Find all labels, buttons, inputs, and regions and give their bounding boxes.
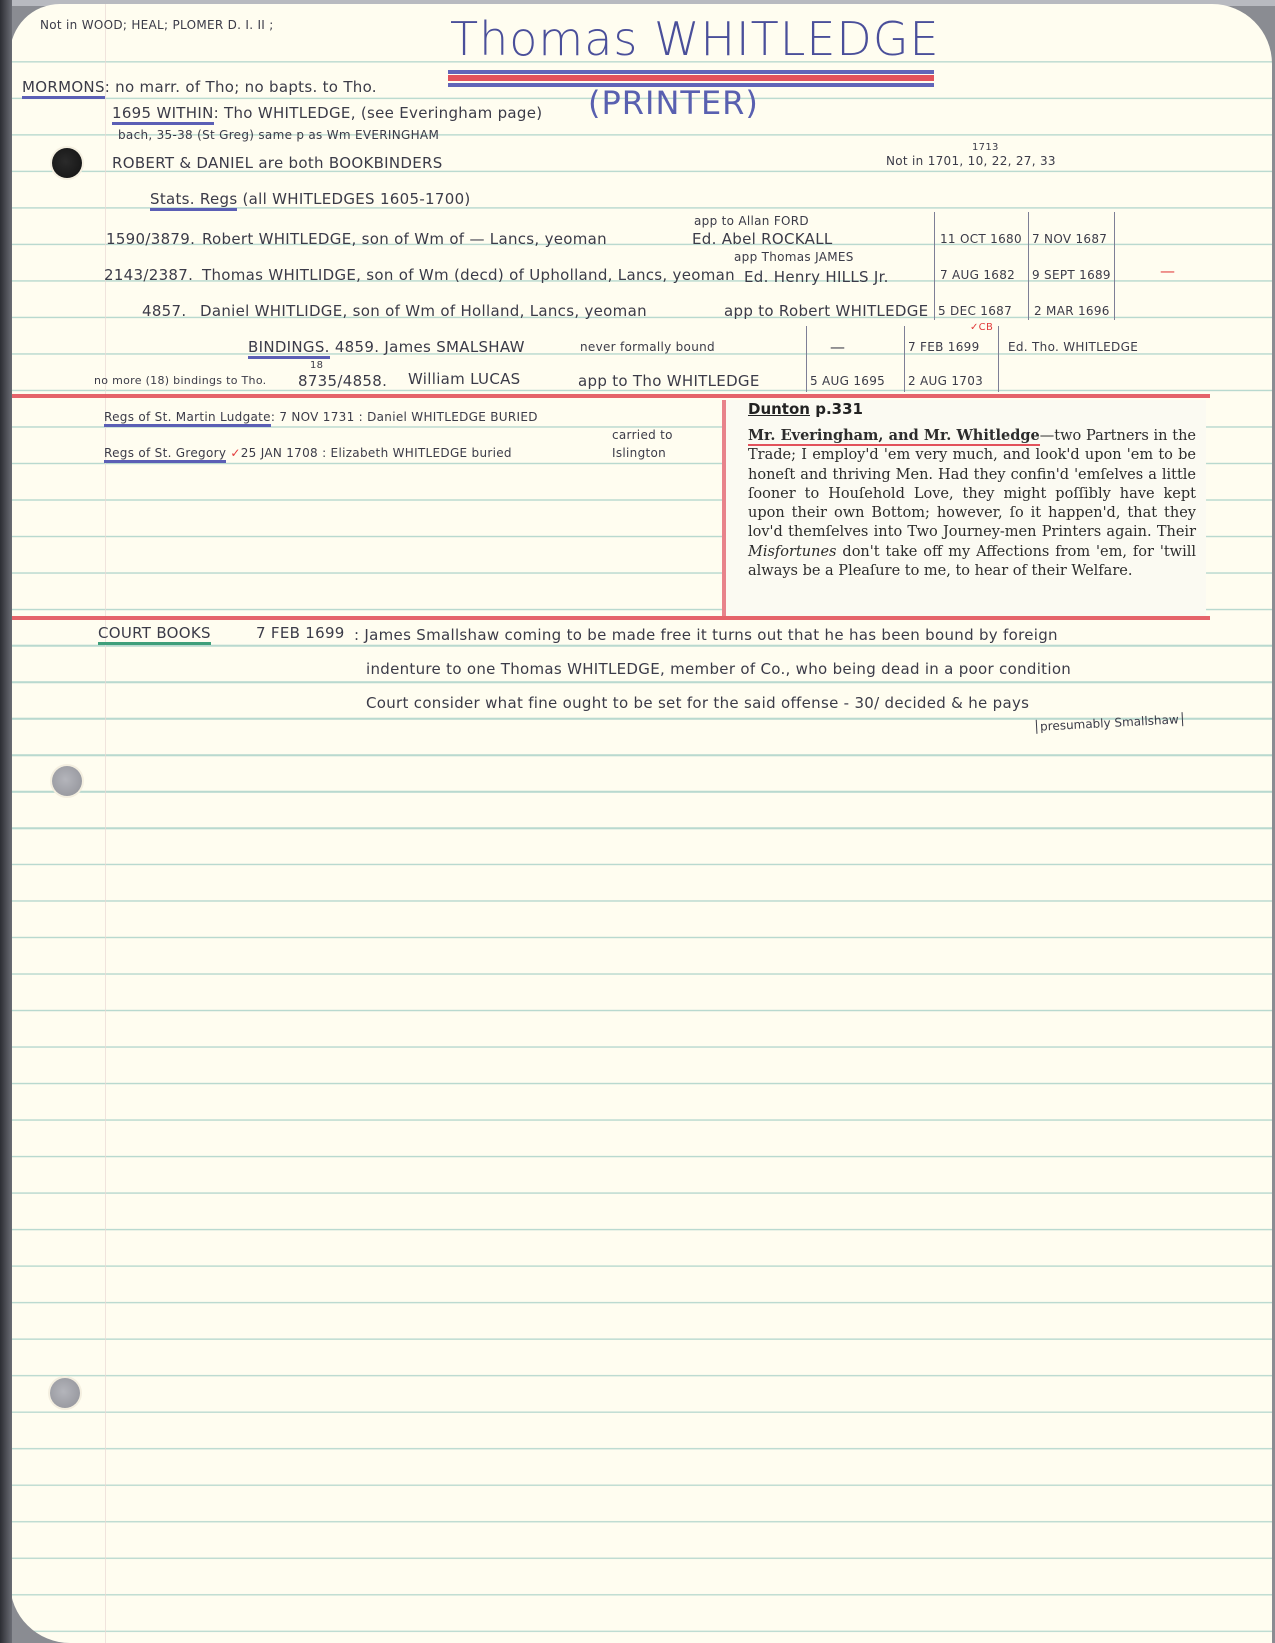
dunton-clipping: Dunton p.331 Mr. Everingham, and Mr. Whi… xyxy=(722,400,1206,616)
court-books-line-2: indenture to one Thomas WHITLEDGE, membe… xyxy=(366,660,1071,678)
apprentice-freed-2: 9 SEPT 1689 xyxy=(1032,268,1111,282)
dunton-heading: Dunton p.331 xyxy=(748,400,863,418)
binding-freed-1: 7 FEB 1699 xyxy=(908,340,980,354)
punch-hole-middle xyxy=(52,766,82,796)
bindings-divider-1 xyxy=(806,326,807,392)
margin-rule xyxy=(105,4,106,1643)
not-in-years: Not in 1701, 10, 22, 27, 33 xyxy=(886,154,1056,168)
binding-freed-2: 2 AUG 1703 xyxy=(908,374,983,388)
court-books-line-1: : James Smallshaw coming to be made free… xyxy=(354,626,1058,644)
stats-regs-range: (all WHITLEDGES 1605-1700) xyxy=(243,190,471,208)
apprentice-text-2: Thomas WHITLIDGE, son of Wm (decd) of Up… xyxy=(202,266,735,284)
bracket-note: presumably Smallshaw xyxy=(1036,712,1183,734)
parish-reg-text-2: 25 JAN 1708 : Elizabeth WHITLEDGE buried xyxy=(241,446,512,460)
apprentice-text-1: Robert WHITLEDGE, son of Wm of — Lancs, … xyxy=(202,230,607,248)
section-divider-1 xyxy=(10,394,1210,398)
within-text: : Tho WHITLEDGE, (see Everingham page) xyxy=(214,104,543,122)
court-books-heading: COURT BOOKS xyxy=(98,624,211,642)
parish-reg-label-2: Regs of St. Gregory xyxy=(104,446,226,463)
binding-note-1: never formally bound xyxy=(580,340,715,354)
binding-freed-mark-1: ✓CB xyxy=(970,322,993,333)
not-in-note: Not in WOOD; HEAL; PLOMER D. I. II ; xyxy=(40,18,274,32)
bindings-divider-3 xyxy=(998,326,999,392)
dunton-names: Mr. Everingham, and Mr. Whitledge xyxy=(748,427,1040,446)
apprentice-bound-2: 7 AUG 1682 xyxy=(940,268,1015,282)
bindings-divider-2 xyxy=(904,326,905,392)
apprentice-bound-3: 5 DEC 1687 xyxy=(938,304,1012,318)
punch-hole-top xyxy=(52,148,82,178)
court-books-date: 7 FEB 1699 xyxy=(256,624,345,642)
page-title: Thomas WHITLEDGE xyxy=(450,12,940,66)
binding-ref-2: 8735/4858. xyxy=(298,372,387,390)
page-subtitle: (PRINTER) xyxy=(588,84,759,122)
dunton-page: p.331 xyxy=(815,400,863,418)
parish-reg-2: Regs of St. Gregory ✓25 JAN 1708 : Eliza… xyxy=(104,446,512,460)
dunton-quote: Mr. Everingham, and Mr. Whitledge—two Pa… xyxy=(748,426,1196,581)
binding-extra-1: Ed. Tho. WHITLEDGE xyxy=(1008,340,1138,354)
title-underline-red xyxy=(448,75,934,81)
binding-ref-1: 4859. xyxy=(335,338,379,356)
within-detail: bach, 35-38 (St Greg) same p as Wm EVERI… xyxy=(118,128,439,142)
binding-note-2: app to Tho WHITLEDGE xyxy=(578,372,760,390)
bookbinders-note: ROBERT & DANIEL are both BOOKBINDERS xyxy=(112,154,443,172)
dunton-author: Dunton xyxy=(748,400,810,418)
scanner-edge-left xyxy=(0,0,12,1643)
apprentice-master-sup-1: app to Allan FORD xyxy=(694,214,809,228)
apprentice-master-2: Ed. Henry HILLS Jr. xyxy=(744,268,889,286)
punch-hole-bottom xyxy=(50,1378,80,1408)
apprentice-master-3: app to Robert WHITLEDGE xyxy=(724,302,928,320)
stats-regs-label: Stats. Regs xyxy=(150,190,237,211)
within-label: 1695 WITHIN xyxy=(112,104,214,125)
apprentice-text-3: Daniel WHITLIDGE, son of Wm of Holland, … xyxy=(200,302,647,320)
mormons-text: : no marr. of Tho; no bapts. to Tho. xyxy=(105,78,377,96)
court-books-line-3: Court consider what fine ought to be set… xyxy=(366,694,1029,712)
apprentice-ref-1: 1590/3879. xyxy=(106,230,195,248)
parish-reg-label-1: Regs of St. Martin Ludgate xyxy=(104,410,271,427)
parish-reg-text-1: : 7 NOV 1731 : Daniel WHITLEDGE BURIED xyxy=(271,410,538,424)
apprentice-ref-2: 2143/2387. xyxy=(104,266,193,284)
title-underline-blue-top xyxy=(448,70,934,74)
bindings-heading: BINDINGS. 4859. James SMALSHAW xyxy=(248,338,525,356)
dunton-italic: Misfortunes xyxy=(748,544,836,560)
parish-reg-note-line1: carried to xyxy=(612,428,673,442)
apprentice-freed-3: 2 MAR 1696 xyxy=(1034,304,1110,318)
apprentice-ref-3: 4857. xyxy=(142,302,186,320)
col-divider-end xyxy=(1114,212,1115,320)
binding-bound-2: 5 AUG 1695 xyxy=(810,374,885,388)
apprentice-master-1: Ed. Abel ROCKALL xyxy=(692,230,833,248)
apprentice-master-sup-2: app Thomas JAMES xyxy=(734,250,854,264)
margin-mark: — xyxy=(1160,262,1175,280)
stats-regs-heading: Stats. Regs (all WHITLEDGES 1605-1700) xyxy=(150,190,471,208)
check-mark-icon: ✓ xyxy=(230,446,240,460)
col-divider-freed xyxy=(1028,212,1029,320)
bindings-label: BINDINGS. xyxy=(248,338,330,359)
binding-bound-1: — xyxy=(830,338,845,356)
not-in-years-sup: 1713 xyxy=(972,142,999,153)
binding-pre-note-2: no more (18) bindings to Tho. xyxy=(94,374,266,387)
section-divider-2 xyxy=(10,616,1210,620)
binding-ref-sup-2: 18 xyxy=(310,360,323,371)
parish-reg-1: Regs of St. Martin Ludgate: 7 NOV 1731 :… xyxy=(104,410,538,424)
binding-name-1: James SMALSHAW xyxy=(384,338,524,356)
apprentice-freed-1: 7 NOV 1687 xyxy=(1032,232,1107,246)
within-note: 1695 WITHIN: Tho WHITLEDGE, (see Evering… xyxy=(112,104,542,122)
court-books-label: COURT BOOKS xyxy=(98,624,211,645)
parish-reg-note-line2: Islington xyxy=(612,446,666,460)
apprentice-bound-1: 11 OCT 1680 xyxy=(940,232,1022,246)
notebook-page: Not in WOOD; HEAL; PLOMER D. I. II ; Tho… xyxy=(10,4,1272,1643)
mormons-note: MORMONS: no marr. of Tho; no bapts. to T… xyxy=(22,78,377,96)
binding-name-2: William LUCAS xyxy=(408,370,521,388)
mormons-label: MORMONS xyxy=(22,78,105,99)
col-divider-bound xyxy=(934,212,935,320)
